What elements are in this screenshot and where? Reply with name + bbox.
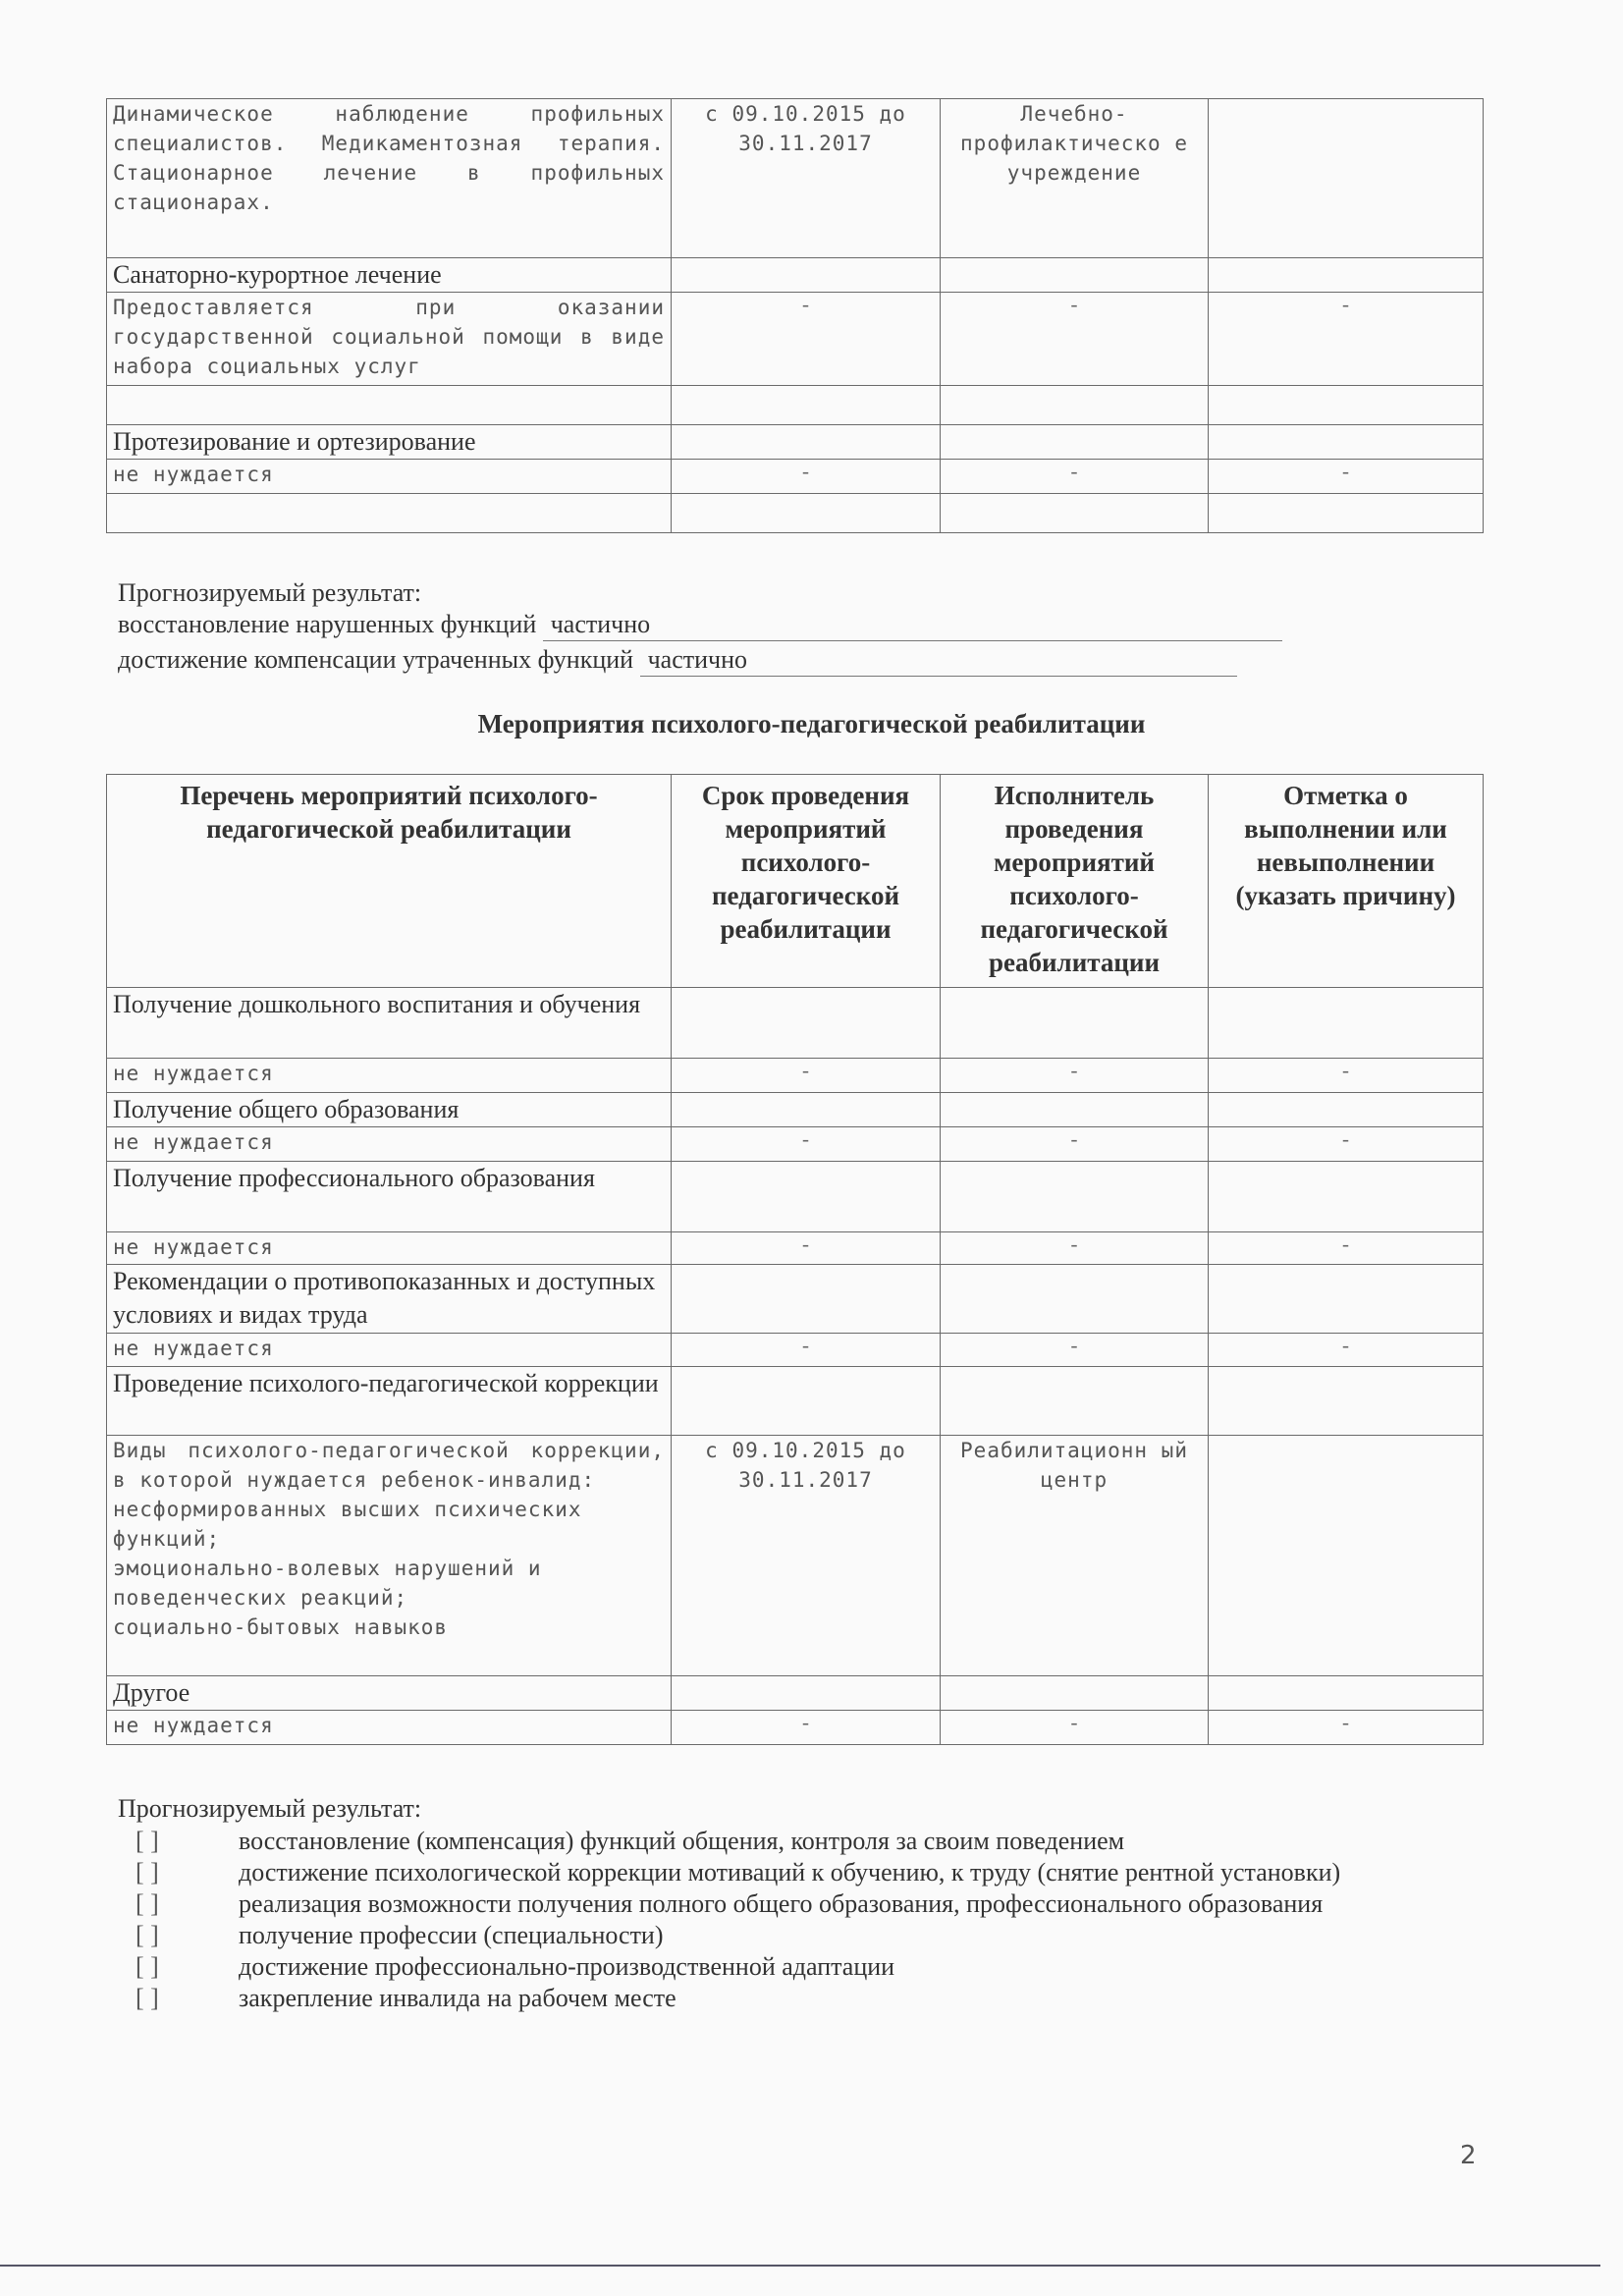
header-mark: Отметка о выполнении или невыполнении (у… (1209, 775, 1484, 988)
table-section-row: Протезирование и ортезирование (107, 425, 1484, 460)
executor-cell: - (941, 1059, 1209, 1093)
section-title: Рекомендации о противопоказанных и досту… (107, 1265, 672, 1334)
table-section-row: Получение профессионального образования (107, 1162, 1484, 1232)
outcome-item: [ ] достижение психологической коррекции… (118, 1857, 1417, 1888)
table-row: не нуждается - - - (107, 1232, 1484, 1265)
measure-cell: не нуждается (107, 1334, 672, 1367)
checkbox-icon[interactable]: [ ] (118, 1826, 239, 1857)
period-cell: с 09.10.2015 до 30.11.2017 (672, 99, 941, 258)
section-title: Получение профессионального образования (107, 1162, 672, 1232)
checkbox-icon[interactable]: [ ] (118, 1920, 239, 1951)
table-section-row: Проведение психолого-педагогической корр… (107, 1367, 1484, 1436)
outcome-item: [ ] достижение профессионально-производс… (118, 1951, 1417, 1983)
outcome-item: [ ] закрепление инвалида на рабочем мест… (118, 1983, 1417, 2014)
section-title: Протезирование и ортезирование (107, 425, 672, 460)
outcome-text: получение профессии (специальности) (239, 1920, 1417, 1951)
forecast-line-value: частично (640, 644, 1237, 677)
measure-line: несформированных высших психических функ… (113, 1495, 665, 1554)
checkbox-icon[interactable]: [ ] (118, 1983, 239, 2014)
period-cell: - (672, 293, 941, 386)
outcome-text: восстановление (компенсация) функций общ… (239, 1826, 1417, 1857)
executor-cell: - (941, 1232, 1209, 1265)
measure-cell: Динамическое наблюдение профильных специ… (107, 99, 672, 258)
outcome-item: [ ] восстановление (компенсация) функций… (118, 1826, 1417, 1857)
period-cell: - (672, 1334, 941, 1367)
measure-line: эмоционально-волевых нарушений и поведен… (113, 1554, 665, 1613)
mark-cell (1209, 1436, 1484, 1676)
measure-cell: Виды психолого-педагогической коррекции,… (107, 1436, 672, 1676)
outcome-text: достижение профессионально-производствен… (239, 1951, 1417, 1983)
checkbox-icon[interactable]: [ ] (118, 1857, 239, 1888)
mark-cell: - (1209, 1711, 1484, 1745)
document-page: Динамическое наблюдение профильных специ… (0, 0, 1623, 2296)
mark-cell (1209, 99, 1484, 258)
header-executor: Исполнитель проведения мероприятий психо… (941, 775, 1209, 988)
table-section-row: Рекомендации о противопоказанных и досту… (107, 1265, 1484, 1334)
executor-cell: - (941, 1334, 1209, 1367)
medical-rehab-table: Динамическое наблюдение профильных специ… (106, 98, 1484, 533)
table-row: не нуждается - - - (107, 1711, 1484, 1745)
section-title: Проведение психолого-педагогической корр… (107, 1367, 672, 1436)
page-number: 2 (1460, 2141, 1477, 2170)
footer-divider (0, 2265, 1600, 2267)
mark-cell: - (1209, 1232, 1484, 1265)
table-section-row: Другое (107, 1676, 1484, 1711)
mark-cell: - (1209, 293, 1484, 386)
table-row-empty (107, 494, 1484, 533)
measure-cell: не нуждается (107, 1127, 672, 1162)
measure-line: социально-бытовых навыков (113, 1613, 665, 1642)
executor-cell: - (941, 293, 1209, 386)
table-row: не нуждается - - - (107, 1334, 1484, 1367)
period-cell: - (672, 1711, 941, 1745)
table-row: не нуждается - - - (107, 1059, 1484, 1093)
table-section-row: Получение общего образования (107, 1093, 1484, 1127)
checkbox-icon[interactable]: [ ] (118, 1951, 239, 1983)
header-period: Срок проведения мероприятий психолого-пе… (672, 775, 941, 988)
mark-cell: - (1209, 1127, 1484, 1162)
table-row: не нуждается - - - (107, 460, 1484, 494)
forecast-line: достижение компенсации утраченных функци… (118, 644, 1483, 677)
measure-cell: не нуждается (107, 1059, 672, 1093)
psych-rehab-table: Перечень мероприятий психолого-педагогич… (106, 774, 1484, 1745)
executor-cell: - (941, 1711, 1209, 1745)
executor-cell: - (941, 460, 1209, 494)
forecast-line-text: достижение компенсации утраченных функци… (118, 645, 633, 674)
executor-cell: Реабилитационн ый центр (941, 1436, 1209, 1676)
period-cell: - (672, 1059, 941, 1093)
mark-cell: - (1209, 1334, 1484, 1367)
measure-cell: не нуждается (107, 1711, 672, 1745)
executor-cell: - (941, 1127, 1209, 1162)
section-title: Получение дошкольного воспитания и обуче… (107, 988, 672, 1059)
table-row: Виды психолого-педагогической коррекции,… (107, 1436, 1484, 1676)
measure-cell: Предоставляется при оказании государстве… (107, 293, 672, 386)
period-cell: - (672, 1127, 941, 1162)
forecast-label: Прогнозируемый результат: (118, 577, 421, 609)
period-cell: - (672, 460, 941, 494)
table-section-row: Санаторно-курортное лечение (107, 258, 1484, 293)
forecast-label: Прогнозируемый результат: (118, 1792, 1417, 1826)
forecast-line-text: восстановление нарушенных функций (118, 610, 536, 638)
forecast-line-value: частично (543, 609, 1282, 641)
outcome-text: достижение психологической коррекции мот… (239, 1857, 1417, 1888)
executor-cell: Лечебно-профилактическо е учреждение (941, 99, 1209, 258)
section-heading: Мероприятия психолого-педагогической реа… (0, 709, 1623, 739)
outcome-item: [ ] реализация возможности получения пол… (118, 1888, 1417, 1920)
section-title: Получение общего образования (107, 1093, 672, 1127)
mark-cell: - (1209, 460, 1484, 494)
table-row: Динамическое наблюдение профильных специ… (107, 99, 1484, 258)
period-cell: с 09.10.2015 до 30.11.2017 (672, 1436, 941, 1676)
header-measures: Перечень мероприятий психолого-педагогич… (107, 775, 672, 988)
table-row-empty (107, 386, 1484, 425)
section-title: Другое (107, 1676, 672, 1711)
measure-cell: не нуждается (107, 460, 672, 494)
checkbox-icon[interactable]: [ ] (118, 1888, 239, 1920)
outcome-text: реализация возможности получения полного… (239, 1888, 1417, 1920)
forecast-outcomes: Прогнозируемый результат: [ ] восстановл… (118, 1792, 1417, 2014)
table-row: не нуждается - - - (107, 1127, 1484, 1162)
mark-cell: - (1209, 1059, 1484, 1093)
forecast-line: восстановление нарушенных функций частич… (118, 609, 1483, 641)
outcome-text: закрепление инвалида на рабочем месте (239, 1983, 1417, 2014)
table-header-row: Перечень мероприятий психолого-педагогич… (107, 775, 1484, 988)
outcome-item: [ ] получение профессии (специальности) (118, 1920, 1417, 1951)
period-cell: - (672, 1232, 941, 1265)
measure-line: Виды психолого-педагогической коррекции,… (113, 1436, 665, 1495)
measure-cell: не нуждается (107, 1232, 672, 1265)
table-section-row: Получение дошкольного воспитания и обуче… (107, 988, 1484, 1059)
section-title: Санаторно-курортное лечение (107, 258, 672, 293)
table-row: Предоставляется при оказании государстве… (107, 293, 1484, 386)
